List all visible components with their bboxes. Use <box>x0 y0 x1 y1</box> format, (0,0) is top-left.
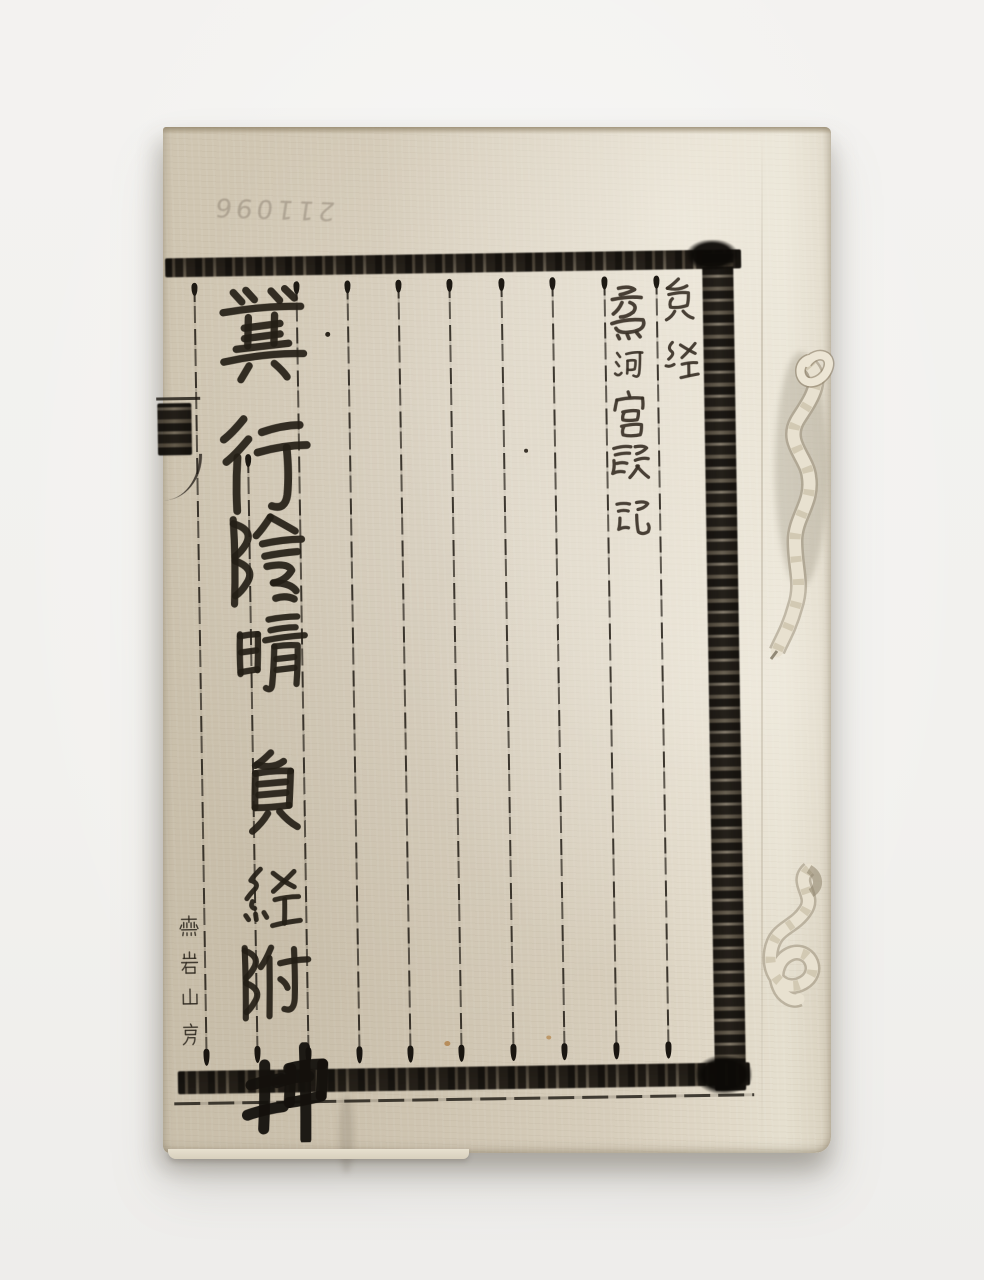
imprint-char-1 <box>178 911 199 942</box>
column-rule-line <box>346 283 360 1057</box>
binding-tie-upper <box>755 345 855 667</box>
rust-speck <box>444 1041 450 1046</box>
title-character-7 <box>218 938 329 1028</box>
printed-border-right <box>702 252 746 1090</box>
column-rule-line <box>448 282 462 1056</box>
annotation-right-char-1 <box>657 268 700 331</box>
slip-frame-remnant-block <box>157 403 192 456</box>
inner-pages-edge <box>168 1149 469 1159</box>
column-rule-line <box>500 281 514 1055</box>
ink-blob-bottom-right-corner <box>696 1055 753 1094</box>
annotation-left-char-4 <box>605 441 652 492</box>
imprint-char-4 <box>179 1019 200 1050</box>
ink-blob-top-right-corner <box>687 239 737 270</box>
ink-speck <box>524 449 528 453</box>
title-character-4 <box>211 608 324 700</box>
imprint-char-3 <box>179 983 200 1014</box>
annotation-left-char-1 <box>602 279 651 346</box>
printed-border-top <box>165 249 741 277</box>
annotation-left-char-3 <box>606 389 651 440</box>
title-character-6 <box>219 864 326 936</box>
book-cover: 211096 <box>163 127 831 1153</box>
binding-tie-lower <box>745 855 855 1107</box>
cover-top-fold <box>163 127 831 134</box>
imprint-column <box>176 908 202 1060</box>
title-character-1 <box>199 284 323 391</box>
annotation-left-char-5 <box>610 495 653 546</box>
ink-speck <box>325 332 330 337</box>
annotation-left-char-2 <box>606 347 651 388</box>
photo-background: { "photo": { "subject": "antique woodblo… <box>0 0 984 1280</box>
title-character-8 <box>227 1042 347 1144</box>
column-rule-line <box>397 283 411 1057</box>
rust-speck <box>546 1035 551 1039</box>
imprint-char-2 <box>178 947 199 978</box>
title-character-5 <box>219 746 325 846</box>
pencil-inscription: 211096 <box>193 191 337 226</box>
column-rule-line <box>655 279 669 1053</box>
title-character-3 <box>205 508 325 613</box>
column-rule-line <box>551 280 565 1054</box>
annotation-right-char-2 <box>660 336 701 385</box>
slip-frame-remnant-line <box>156 397 200 401</box>
printed-frame <box>189 249 754 1104</box>
